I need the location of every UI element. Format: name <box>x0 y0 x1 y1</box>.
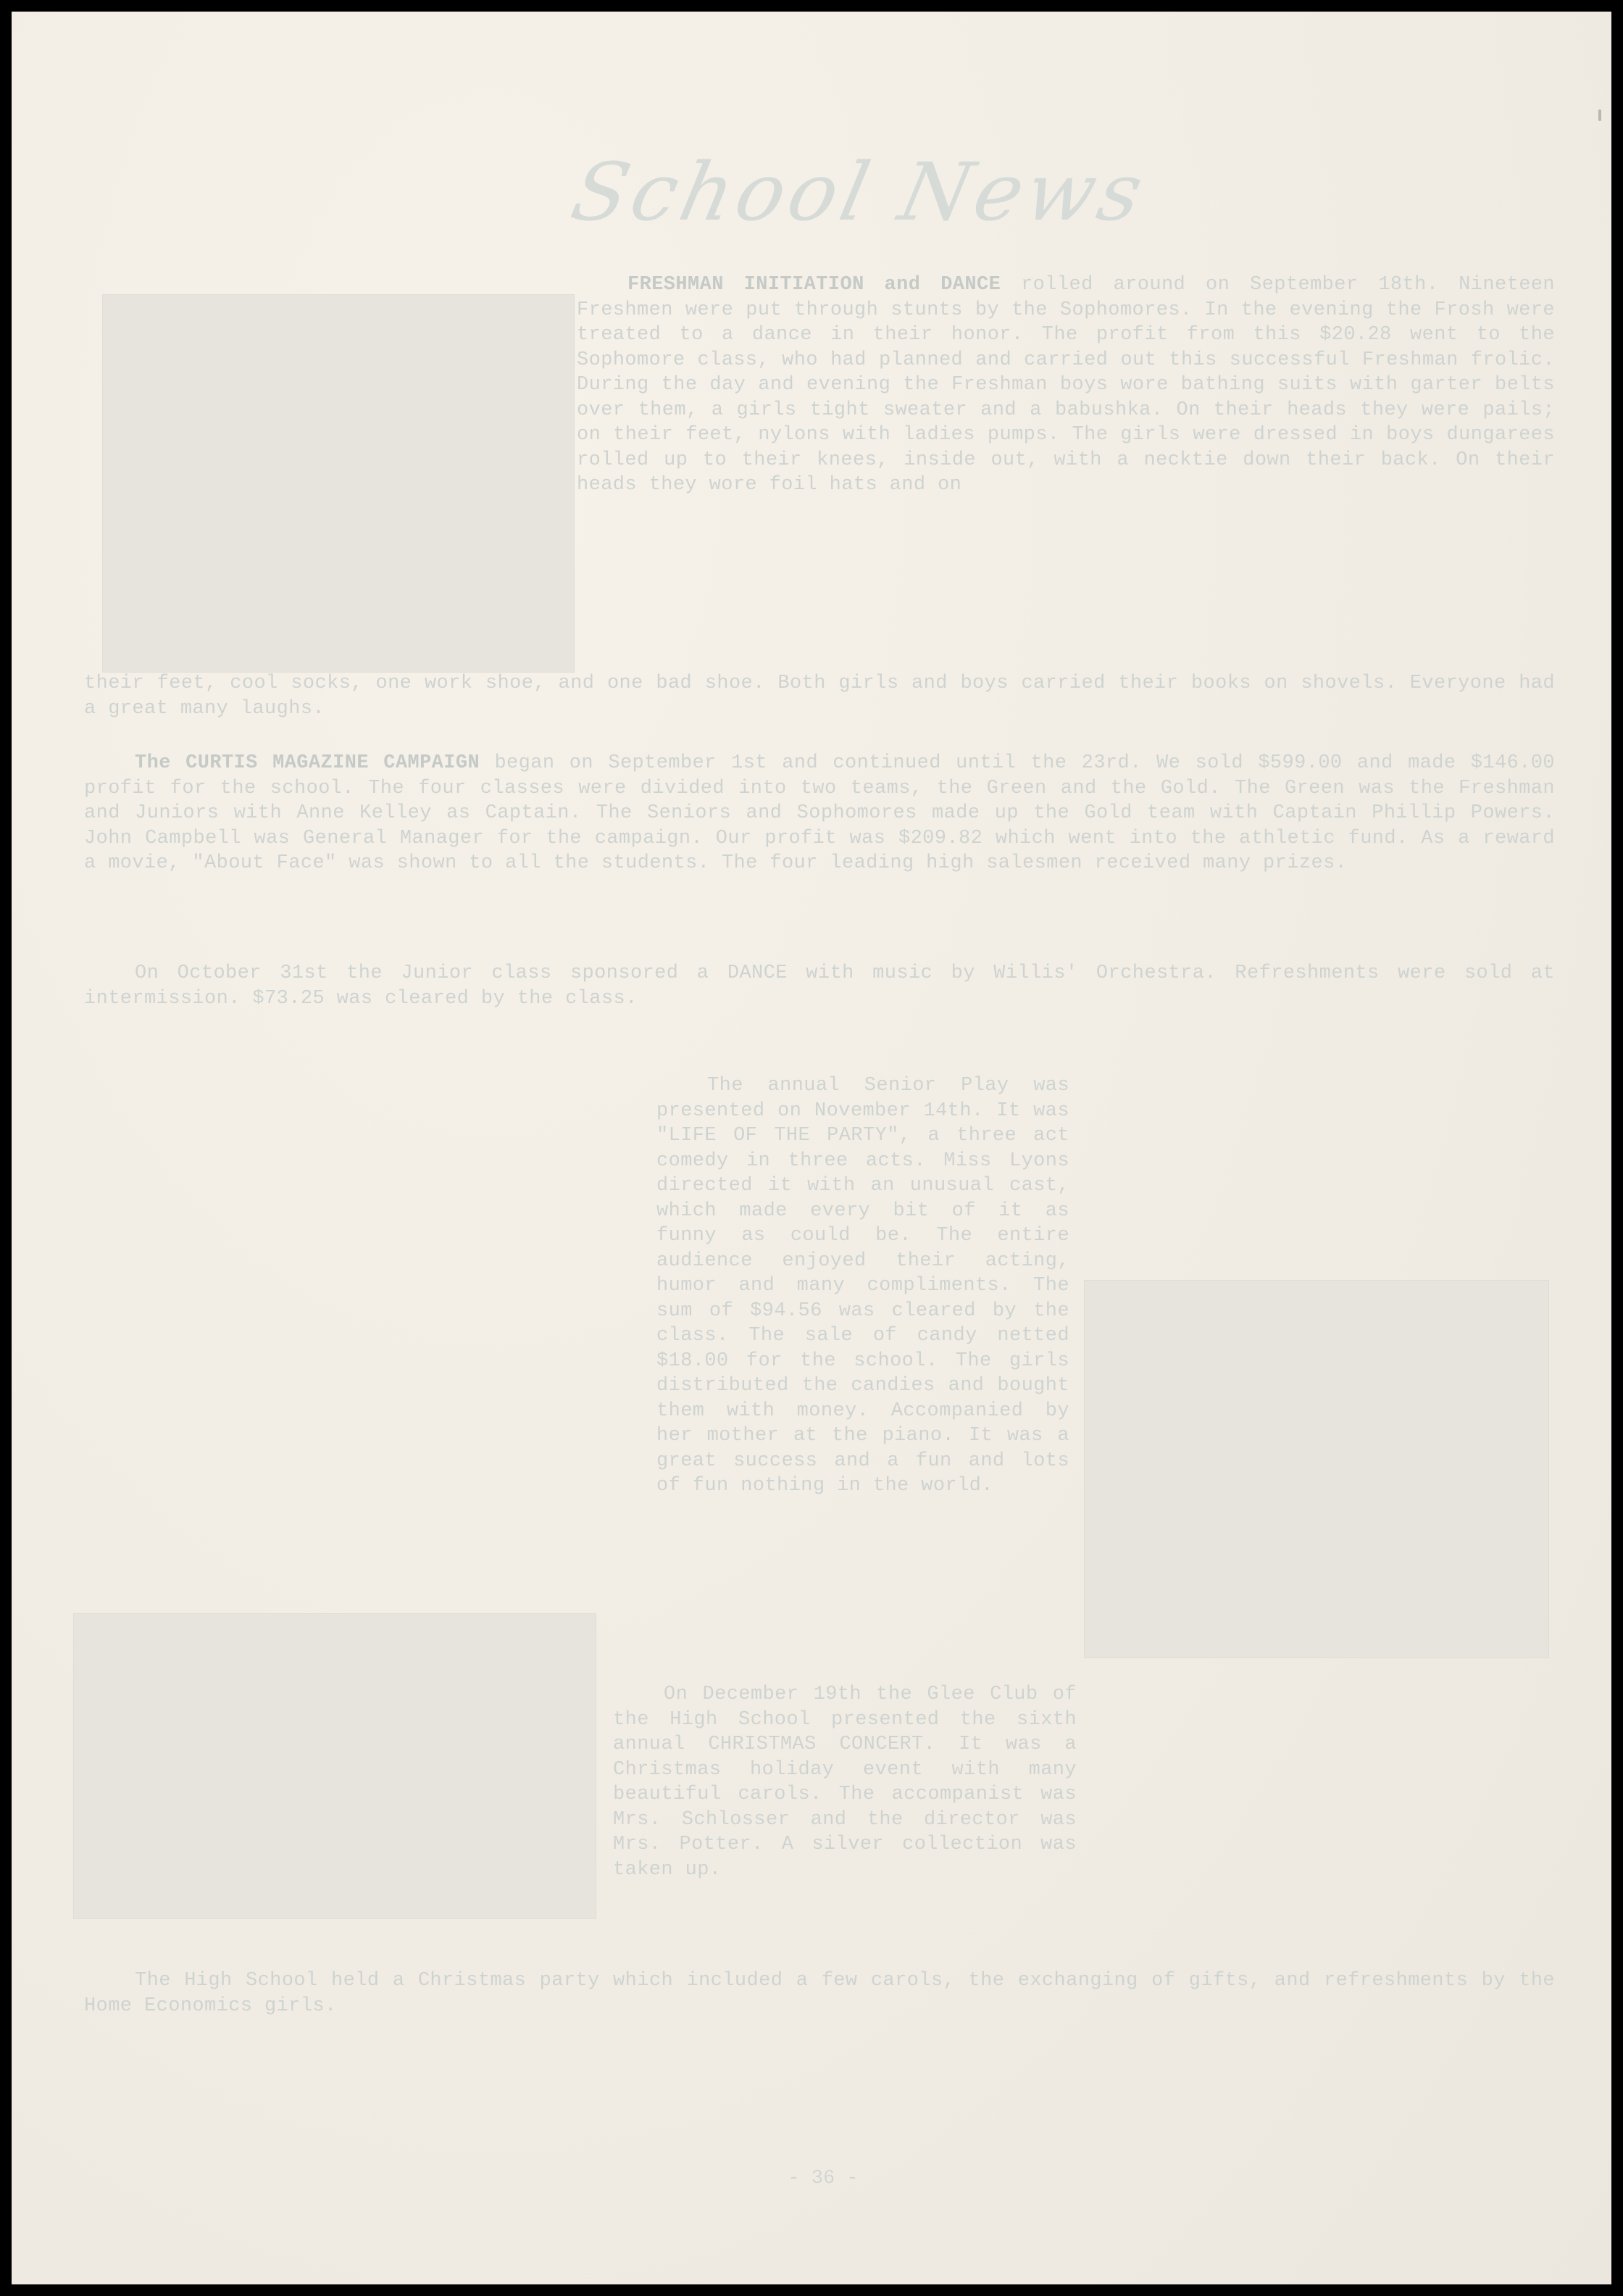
article-halloween-dance: On October 31st the Junior class sponsor… <box>84 961 1555 1011</box>
article-body: The annual Senior Play was presented on … <box>656 1073 1069 1499</box>
article-body: The High School held a Christmas party w… <box>84 1968 1555 2018</box>
article-christmas-party: The High School held a Christmas party w… <box>84 1968 1555 2018</box>
photo-operetta <box>73 1613 596 1919</box>
article-freshman-initiation: FRESHMAN INITIATION and DANCE rolled aro… <box>577 273 1555 498</box>
scanned-page: School News FRESHMAN INITIATION and DANC… <box>12 12 1611 2284</box>
article-freshman-continuation: their feet, cool socks, one work shoe, a… <box>84 671 1555 721</box>
article-heading: The CURTIS MAGAZINE CAMPAIGN <box>135 752 480 774</box>
page-number: - 36 - <box>780 2168 867 2189</box>
article-heading: FRESHMAN INITIATION and DANCE <box>627 274 1001 296</box>
article-body: On October 31st the Junior class sponsor… <box>84 961 1555 1011</box>
article-body: their feet, cool socks, one work shoe, a… <box>84 671 1555 721</box>
article-body: On December 19th the Glee Club of the Hi… <box>613 1682 1077 1882</box>
article-christmas-concert: On December 19th the Glee Club of the Hi… <box>613 1682 1077 1882</box>
photo-senior-play <box>1084 1280 1549 1658</box>
photo-freshman-initiation <box>102 294 575 673</box>
page-title: School News <box>451 146 1267 238</box>
article-magazine-campaign: The CURTIS MAGAZINE CAMPAIGN began on Se… <box>84 751 1555 876</box>
scan-speck <box>1598 109 1601 121</box>
article-body: rolled around on September 18th. Ninetee… <box>577 274 1555 496</box>
article-senior-play: The annual Senior Play was presented on … <box>656 1073 1069 1499</box>
